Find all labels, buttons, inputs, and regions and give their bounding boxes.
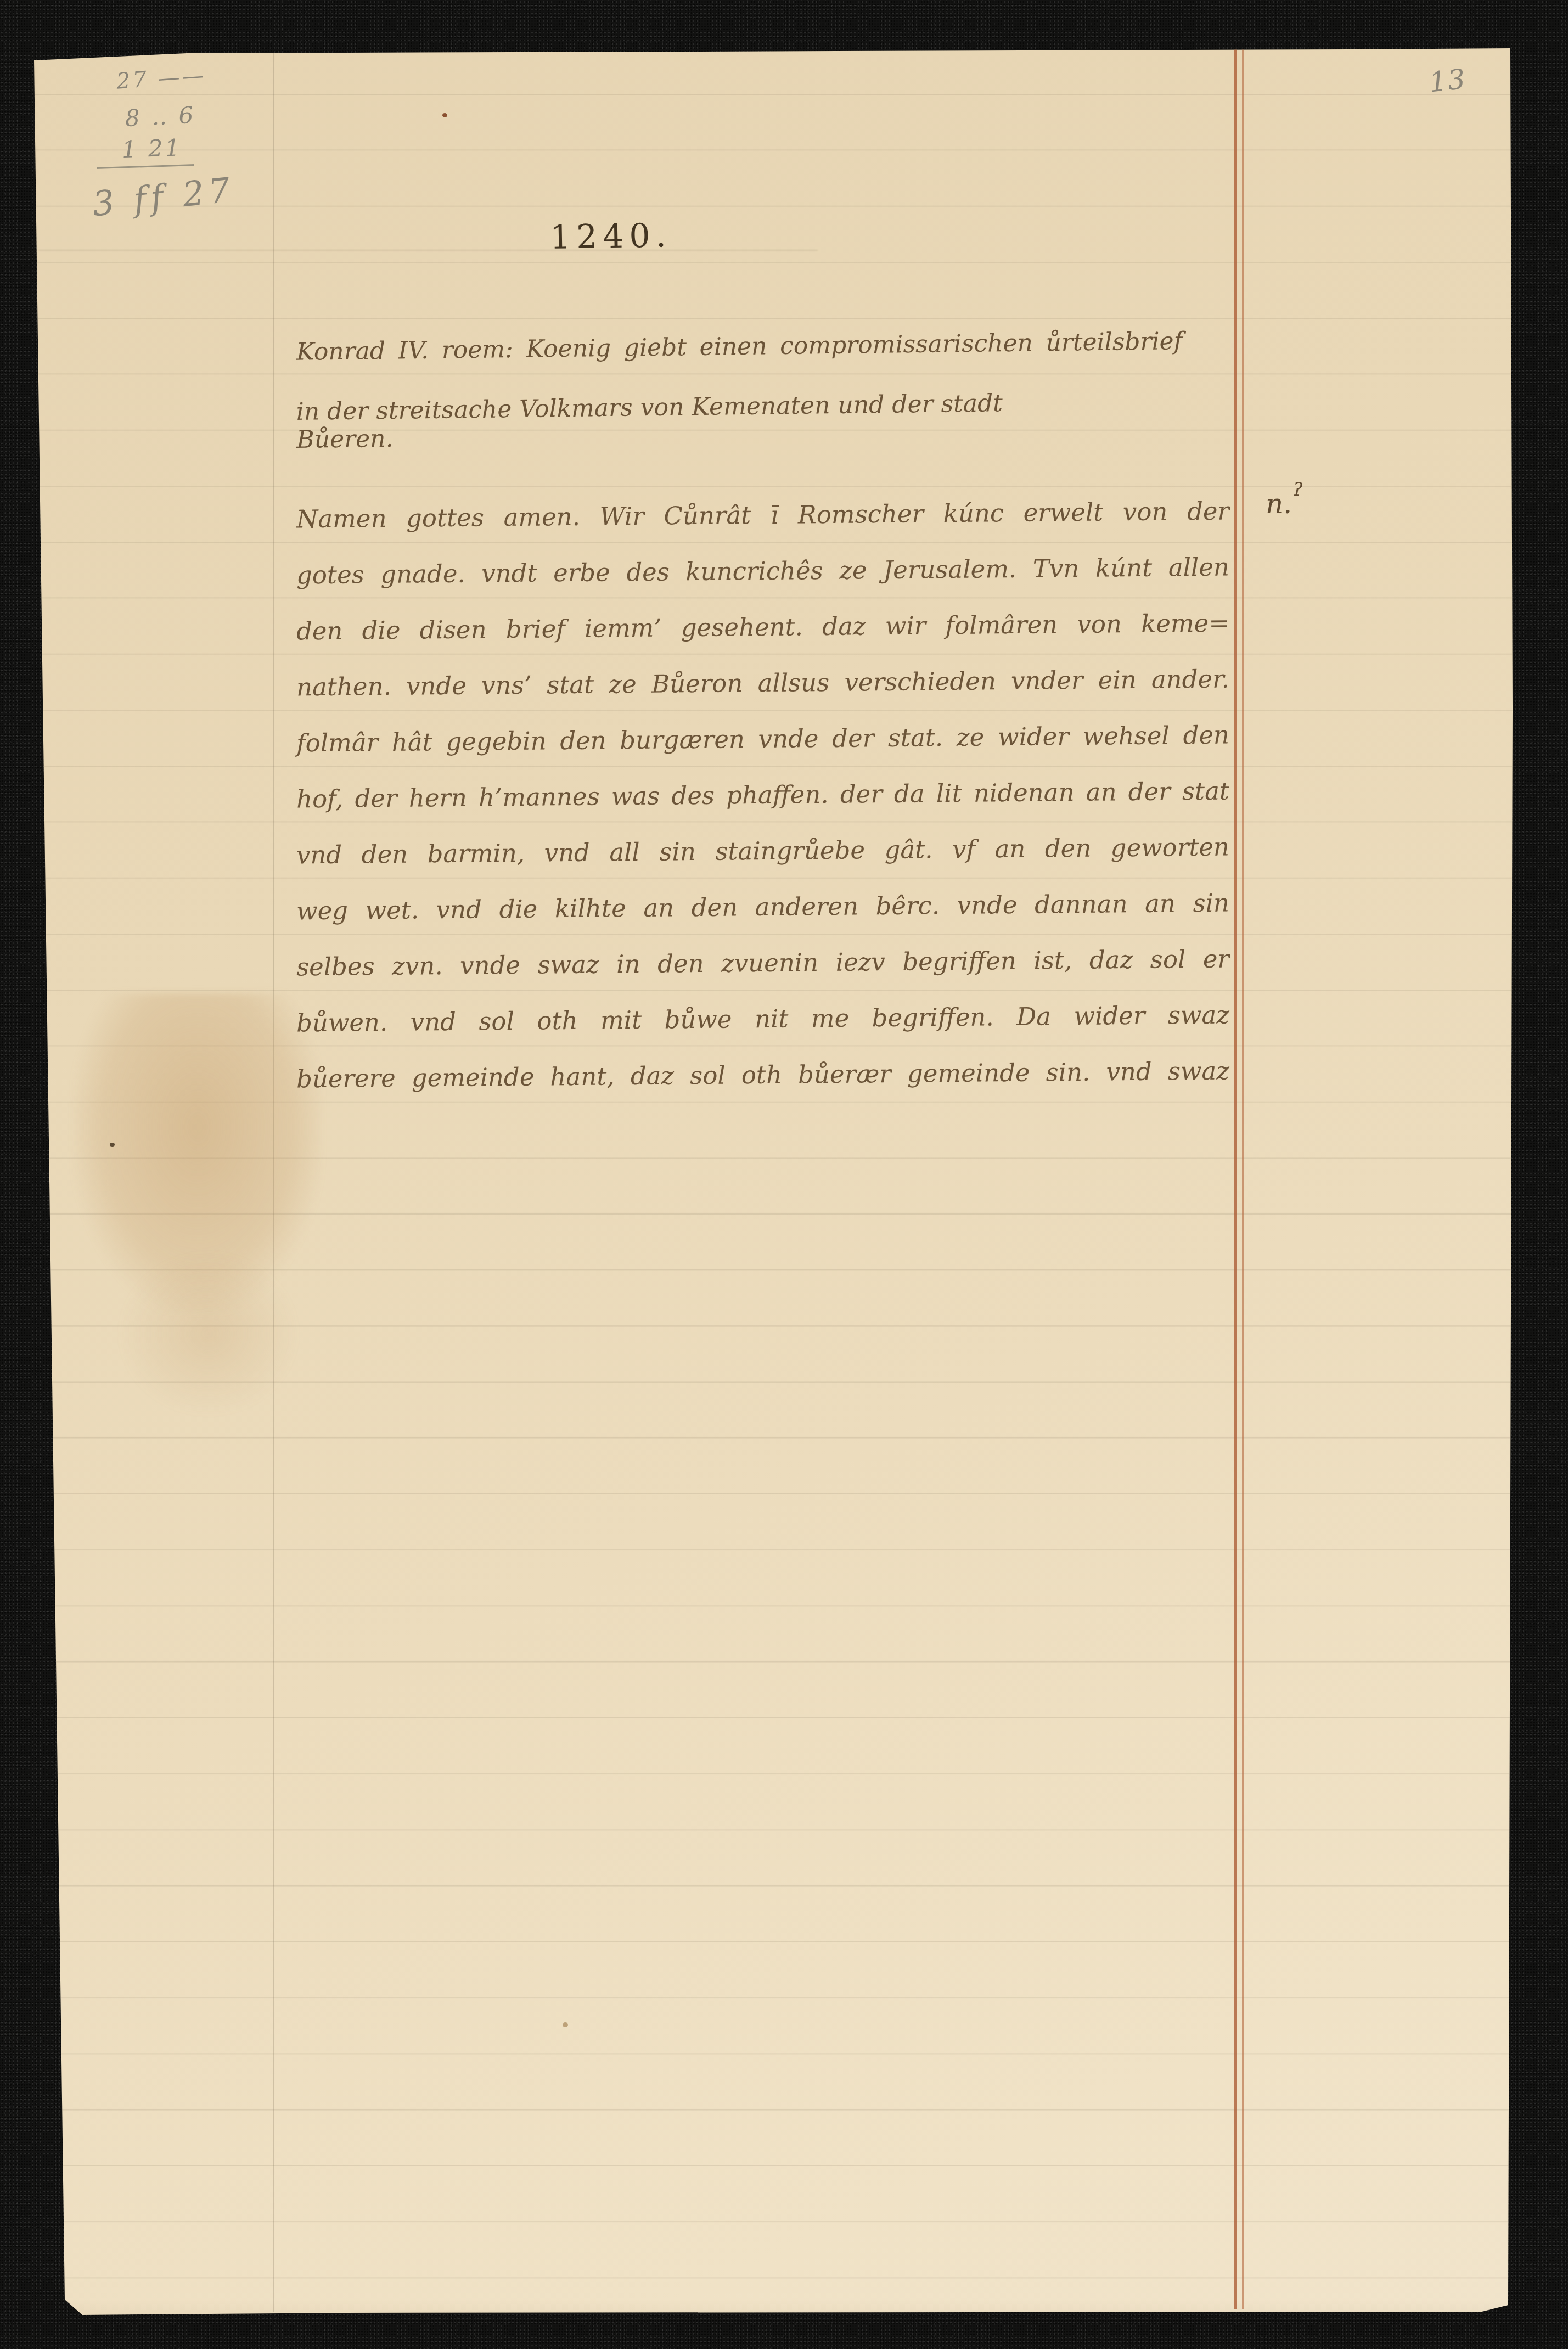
manuscript-page: 27 —— 8 ‥ 6 1 21 3 ff 27 13 1240. Konrad…	[0, 0, 1568, 2349]
margin-note-base: n.	[1266, 488, 1292, 520]
pencil-note-line: 8 ‥ 6	[125, 102, 196, 132]
red-margin-rule-inner	[1242, 49, 1244, 2309]
ink-speck	[442, 113, 447, 117]
paper-stain-lower	[118, 1251, 299, 1416]
page-number-pencil: 13	[1428, 63, 1468, 99]
entry-year-title: 1240.	[549, 216, 672, 257]
margin-note: n.ʔ	[1266, 486, 1302, 520]
margin-note-flourish: ʔ	[1293, 479, 1303, 501]
archive-background: 27 —— 8 ‥ 6 1 21 3 ff 27 13 1240. Konrad…	[0, 0, 1568, 2349]
pencil-note-line: 1 21	[121, 134, 182, 163]
ink-speck	[110, 1143, 115, 1147]
heading-line: in der streitsache Volkmars von Kemenate…	[296, 388, 1106, 454]
red-margin-rule-outer	[1234, 49, 1237, 2309]
ink-speck	[563, 2022, 568, 2027]
paper-crease	[38, 250, 818, 251]
